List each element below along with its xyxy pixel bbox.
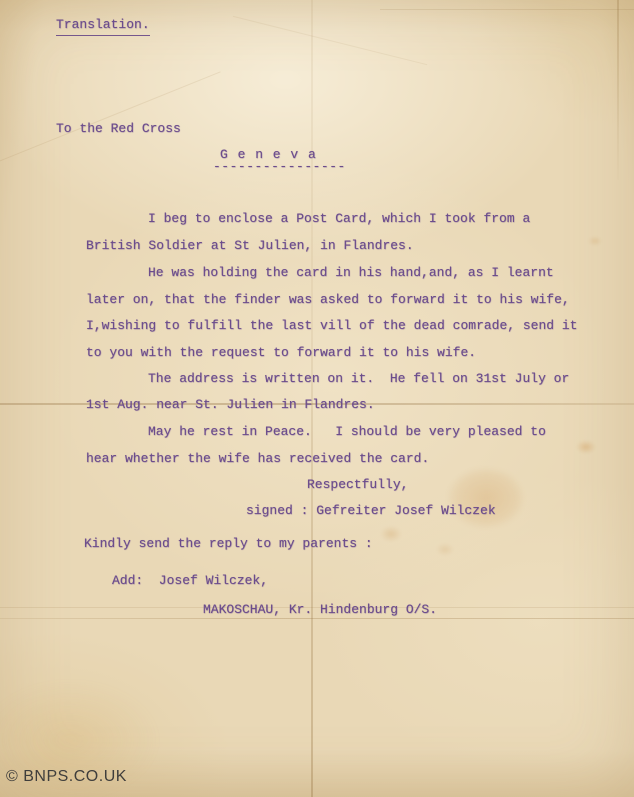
age-stain-small-2 [436, 543, 454, 556]
body-line: hear whether the wife has received the c… [86, 451, 429, 467]
horizontal-fold-crease-lower [0, 618, 634, 619]
diagonal-crease-top-center [233, 16, 427, 65]
letter-paper: Translation. To the Red Cross G e n e v … [0, 0, 634, 797]
body-line: to you with the request to forward it to… [86, 345, 476, 361]
address-line-1: Add: Josef Wilczek, [112, 573, 268, 589]
age-stain-right-small [588, 236, 602, 246]
horizontal-fold-crease-top [380, 9, 634, 10]
city-underline-dashes: ---------------- [213, 159, 346, 175]
body-line: He was holding the card in his hand,and,… [148, 265, 554, 281]
age-stain-right-middle [448, 468, 524, 528]
body-line: I beg to enclose a Post Card, which I to… [148, 211, 530, 227]
letter-heading: Translation. [56, 17, 150, 36]
body-line: The address is written on it. He fell on… [148, 371, 569, 387]
vertical-fold-crease-right [617, 0, 619, 180]
signature-line: signed : Gefreiter Josef Wilczek [246, 503, 496, 519]
bnps-watermark: © BNPS.CO.UK [6, 768, 127, 786]
body-line: I,wishing to fulfill the last vill of th… [86, 318, 577, 334]
body-line: May he rest in Peace. I should be very p… [148, 424, 546, 440]
body-line: later on, that the finder was asked to f… [86, 292, 570, 308]
recipient-line: To the Red Cross [56, 121, 181, 137]
closing-line: Respectfully, [307, 477, 408, 493]
age-stain-small-1 [380, 526, 402, 542]
address-line-2: MAKOSCHAU, Kr. Hindenburg O/S. [203, 602, 437, 618]
body-line: British Soldier at St Julien, in Flandre… [86, 238, 414, 254]
postscript-line: Kindly send the reply to my parents : [84, 536, 373, 552]
body-line-struck-by-crease: 1st Aug. near St. Julien in Flandres. [86, 397, 375, 413]
age-stain-right-edge [576, 440, 596, 454]
